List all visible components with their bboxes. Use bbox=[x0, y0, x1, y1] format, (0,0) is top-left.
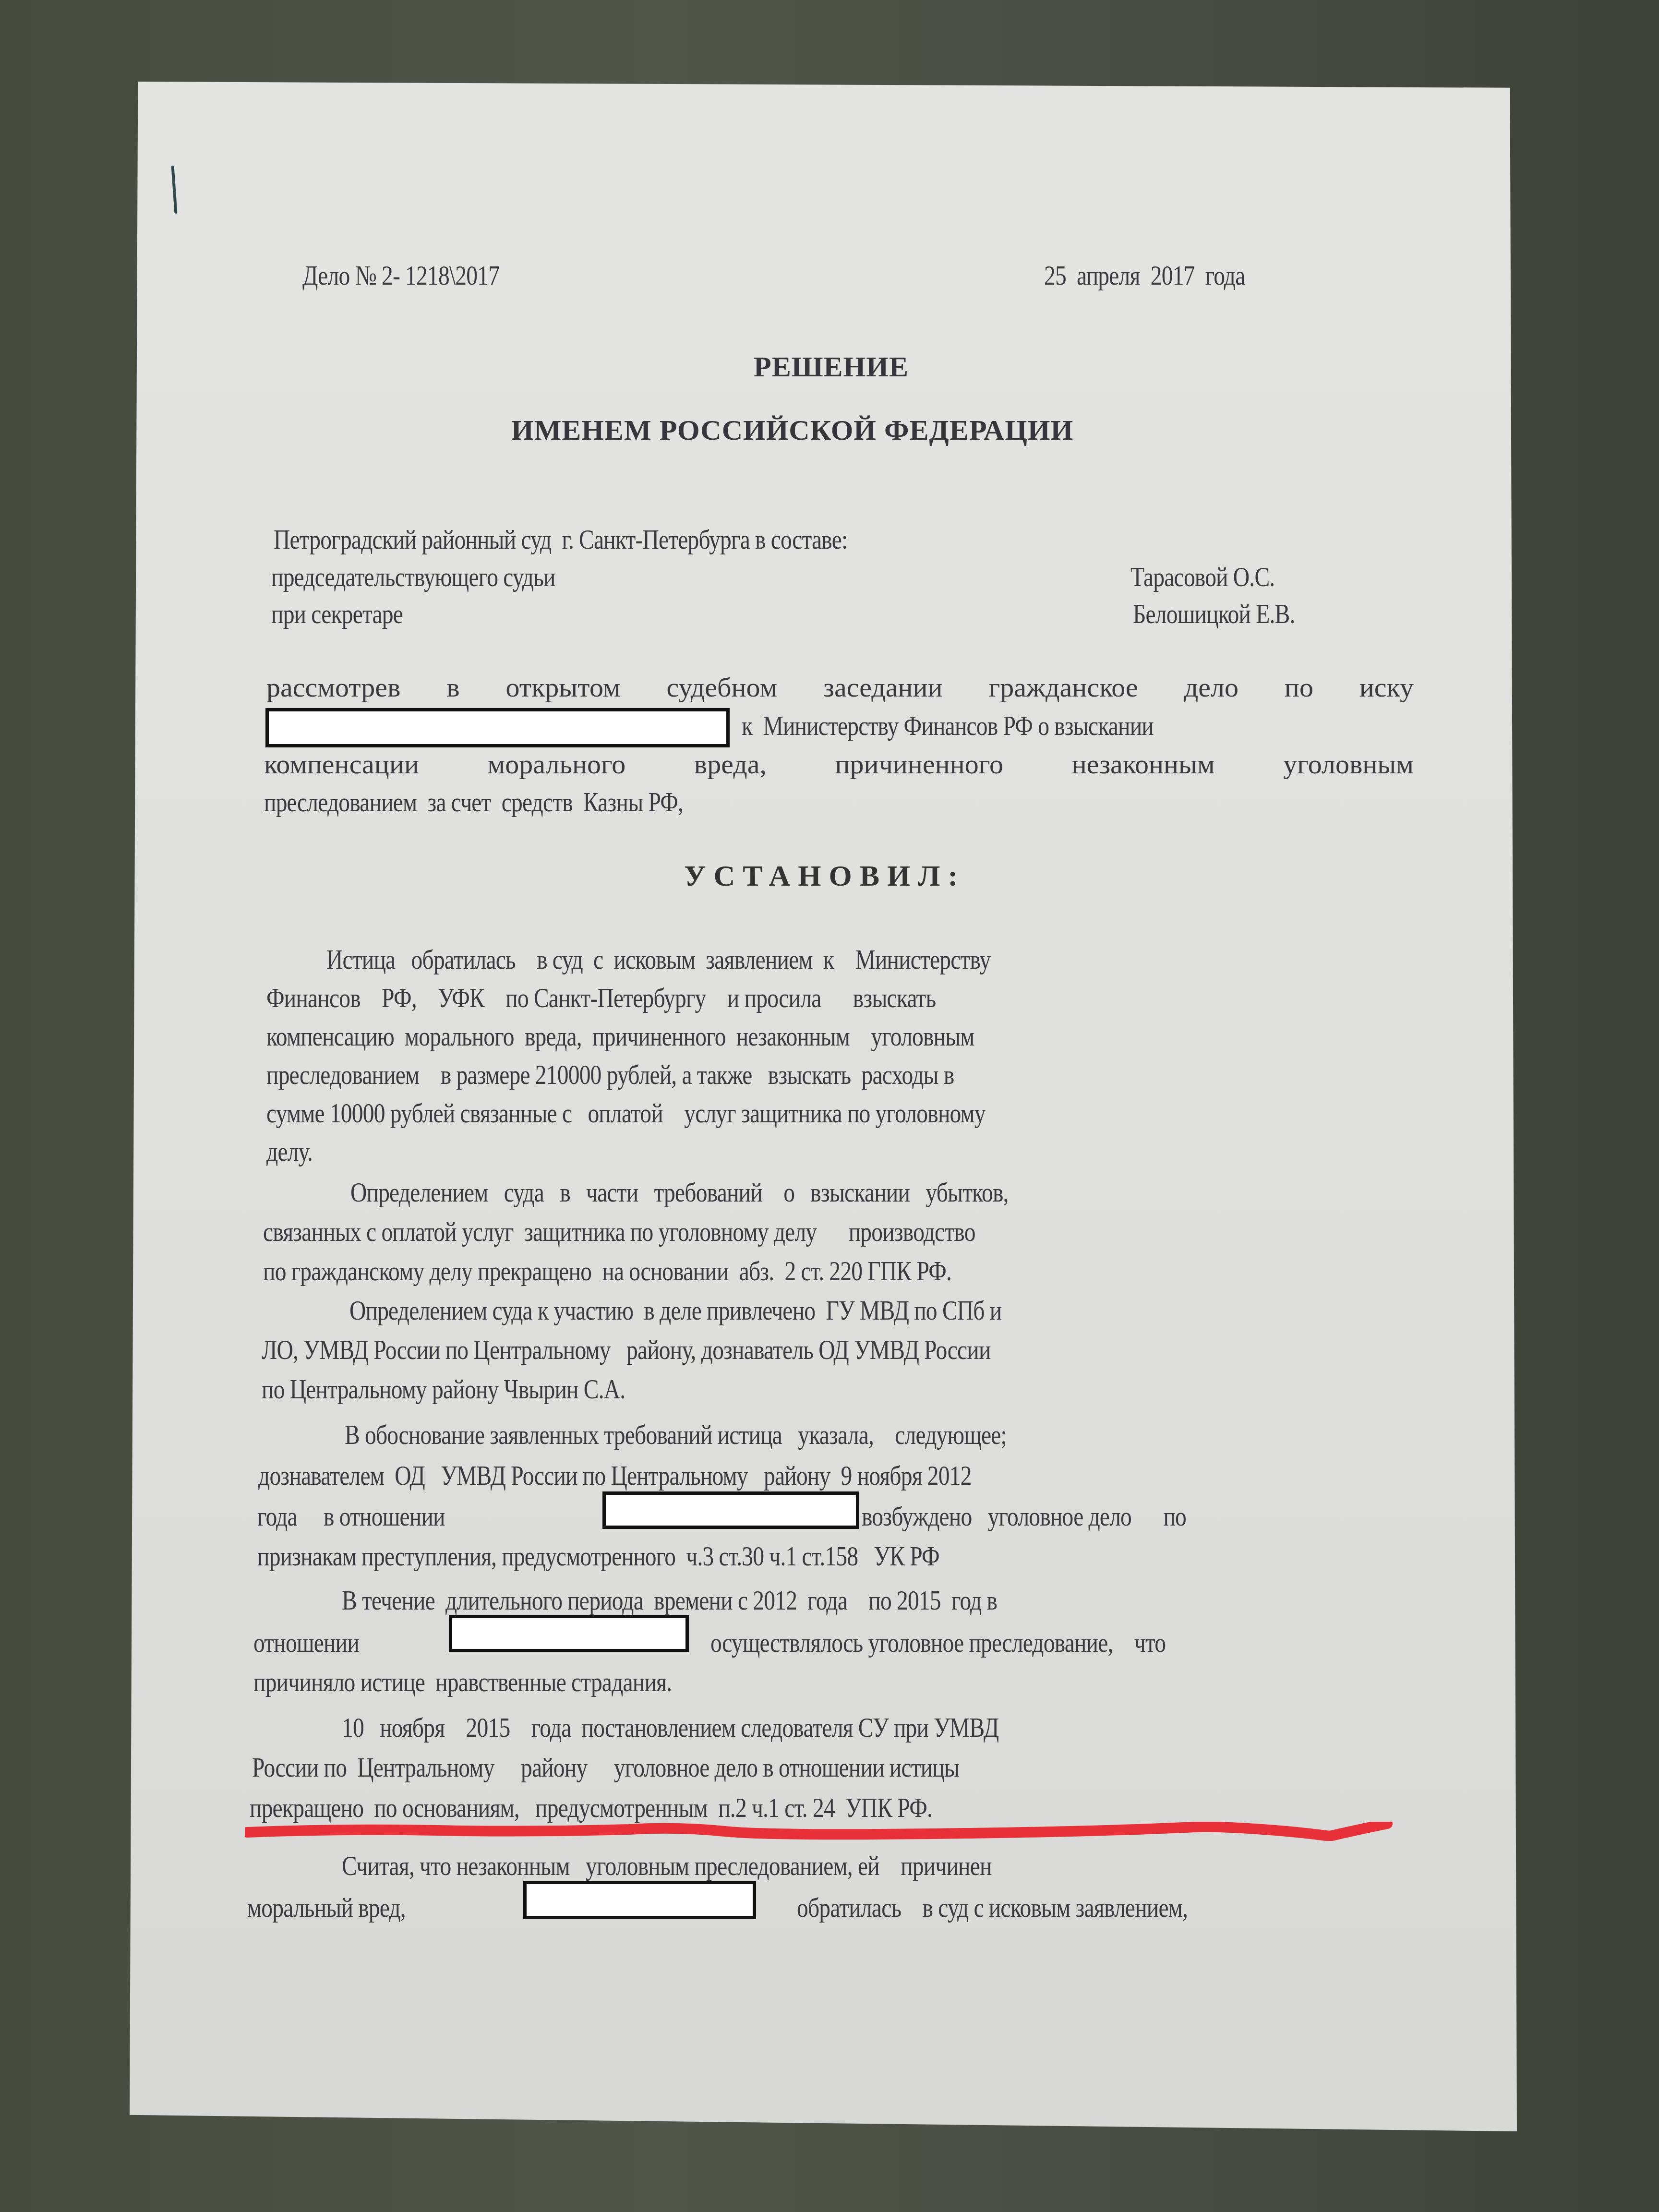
para3-line2: ЛО, УМВД России по Центральному району, … bbox=[262, 1334, 991, 1366]
redaction-name-3 bbox=[449, 1615, 689, 1652]
para5-line3: причиняло истице нравственные страдания. bbox=[253, 1666, 672, 1698]
secretary-name: Белошицкой Е.В. bbox=[1133, 598, 1295, 630]
redaction-name-2 bbox=[602, 1491, 859, 1529]
redaction-plaintiff-name bbox=[265, 708, 730, 747]
secretary-role: при секретаре bbox=[271, 598, 403, 630]
para3-line1: Определением суда к участию в деле привл… bbox=[349, 1294, 1001, 1326]
document-subtitle: ИМЕНЕМ РОССИЙСКОЙ ФЕДЕРАЦИИ bbox=[511, 414, 1073, 447]
para6-line2: России по Центральному району уголовное … bbox=[252, 1751, 959, 1783]
para6-line1: 10 ноября 2015 года постановлением следо… bbox=[342, 1711, 998, 1743]
para4-line3b: возбуждено уголовное дело по bbox=[862, 1500, 1186, 1532]
judge-name: Тарасовой О.С. bbox=[1130, 561, 1274, 593]
para7-line2a: моральный вред, bbox=[247, 1891, 406, 1923]
judge-role: председательствующего судьи bbox=[271, 561, 555, 593]
para7-line1: Считая, что незаконным уголовным преслед… bbox=[342, 1850, 992, 1882]
para7-line2b: обратилась в суд с исковым заявлением, bbox=[797, 1891, 1188, 1923]
para1-line3: компенсацию морального вреда, причиненно… bbox=[266, 1020, 974, 1052]
decision-date: 25 апреля 2017 года bbox=[1044, 259, 1245, 291]
preamble-line-1: рассмотрев в открытом судебном заседании… bbox=[266, 671, 1414, 703]
preamble-line-4: преследованием за счет средств Казны РФ, bbox=[264, 786, 683, 818]
para2-line3: по гражданскому делу прекращено на основ… bbox=[263, 1255, 951, 1287]
para4-line1: В обоснование заявленных требований исти… bbox=[345, 1419, 1007, 1451]
para4-line3a: года в отношении bbox=[257, 1500, 445, 1532]
court-decision-document: Дело № 2- 1218\2017 25 апреля 2017 года … bbox=[0, 0, 1659, 2212]
para1-line5: сумме 10000 рублей связанные с оплатой у… bbox=[266, 1097, 986, 1129]
para1-line2: Финансов РФ, УФК по Санкт-Петербургу и п… bbox=[266, 982, 936, 1014]
para1-line6: делу. bbox=[266, 1135, 313, 1167]
para5-line2b: осуществлялось уголовное преследование, … bbox=[710, 1626, 1166, 1659]
red-marker-underline bbox=[245, 1822, 1397, 1841]
para5-line2a: отношении bbox=[253, 1626, 359, 1659]
preamble-line-2: к Министерству Финансов РФ о взыскании bbox=[742, 709, 1154, 742]
para3-line3: по Центральному району Чвырин С.А. bbox=[262, 1373, 625, 1405]
redaction-name-4 bbox=[523, 1881, 756, 1919]
section-heading: УСТАНОВИЛ: bbox=[684, 859, 965, 893]
para1-line1: Истица обратилась в суд с исковым заявле… bbox=[326, 943, 991, 975]
para4-line2: дознавателем ОД УМВД России по Центральн… bbox=[258, 1459, 972, 1491]
court-intro: Петроградский районный суд г. Санкт-Пете… bbox=[274, 523, 847, 555]
para1-line4: преследованием в размере 210000 рублей, … bbox=[266, 1058, 954, 1091]
para5-line1: В течение длительного периода времени с … bbox=[342, 1584, 997, 1616]
para4-line4: признакам преступления, предусмотренного… bbox=[257, 1540, 939, 1572]
document-title: РЕШЕНИЕ bbox=[754, 350, 909, 384]
preamble-line-3: компенсации морального вреда, причиненно… bbox=[264, 748, 1414, 780]
para6-line3-highlighted: прекращено по основаниям, предусмотренны… bbox=[250, 1791, 932, 1824]
para2-line2: связанных с оплатой услуг защитника по у… bbox=[263, 1215, 975, 1248]
para2-line1: Определением суда в части требований о в… bbox=[350, 1176, 1009, 1208]
case-number: Дело № 2- 1218\2017 bbox=[302, 259, 499, 291]
